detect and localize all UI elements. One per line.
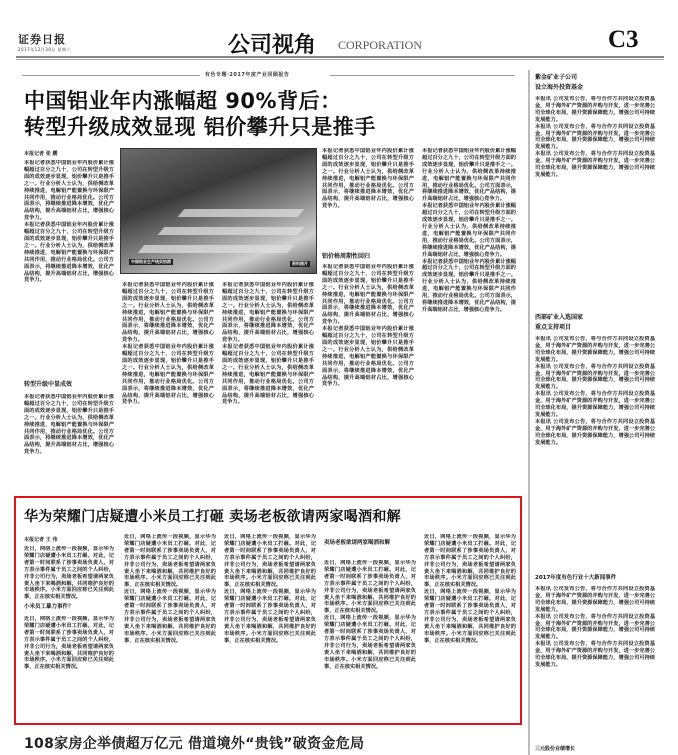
boxed-column-3: 近日，网络上流传一段视频，显示华为荣耀门店疑遭小米员工打砸。对此，记者第一时间联…: [224, 534, 316, 716]
sidebar-article-1-body: 本报讯 公司发布公告，将与合作方共同设立投资基金，用于海外矿产资源的并购与开发，…: [535, 96, 655, 292]
sidebar-article-4-headline: 三元股份业绩增长: [535, 744, 575, 754]
lead-kicker: 有色专题·2017年度产业回顾报告: [205, 71, 289, 78]
boxed-column-1b: 近日，网络上流传一段视频，显示华为荣耀门店疑遭小米员工打砸。对此，记者第一时间联…: [24, 616, 114, 716]
lead-column-4b: 本报记者获悉中国铝业年内股价累计涨幅超过百分之九十，公司在转型升级方面的成效逐步…: [322, 264, 414, 490]
lead-column-2: 本报记者获悉中国铝业年内股价累计涨幅超过百分之九十，公司在转型升级方面的成效逐步…: [122, 282, 214, 490]
boxed-subhead-1: 小米员工暴力事件？: [24, 604, 74, 611]
lead-subhead-2: 铝价格周期性回归: [322, 252, 370, 261]
body-text: 本报讯 公司发布公告，将与合作方共同设立投资基金，用于海外矿产资源的并购与开发，…: [535, 364, 655, 392]
issue-date: 2017年12月30日 星期六: [18, 47, 71, 53]
lead-byline: 本报记者 张 鹏: [24, 150, 57, 157]
body-text: 近日，网络上流传一段视频，显示华为荣耀门店疑遭小米员工打砸。对此，记者第一时间联…: [424, 534, 516, 589]
body-text: 本报记者获悉中国铝业年内股价累计涨幅超过百分之九十，公司在转型升级方面的成效逐步…: [322, 326, 414, 388]
lead-column-1: 本报记者获悉中国铝业年内股价累计涨幅超过百分之九十，公司在转型升级方面的成效逐步…: [24, 160, 114, 378]
body-text: 近日，网络上流传一段视频，显示华为荣耀门店疑遭小米员工打砸。对此，记者第一时间联…: [124, 534, 216, 589]
boxed-column-5: 近日，网络上流传一段视频，显示华为荣耀门店疑遭小米员工打砸。对此，记者第一时间联…: [424, 534, 516, 716]
photo-caption-right: 资料图片: [290, 261, 310, 267]
body-text: 本报记者获悉中国铝业年内股价累计涨幅超过百分之九十，公司在转型升级方面的成效逐步…: [122, 282, 214, 344]
body-text: 本报记者获悉中国铝业年内股价累计涨幅超过百分之九十，公司在转型升级方面的成效逐步…: [24, 394, 114, 456]
body-text: 近日，网络上流传一段视频，显示华为荣耀门店疑遭小米员工打砸。对此，记者第一时间联…: [224, 589, 316, 644]
boxed-subhead-2: 卖场老板欲请两家喝酒和解: [324, 540, 414, 547]
lead-column-3: 本报记者获悉中国铝业年内股价累计涨幅超过百分之九十，公司在转型升级方面的成效逐步…: [222, 282, 314, 490]
body-text: 本报讯 公司发布公告，将与合作方共同设立投资基金，用于海外矿产资源的并购与开发，…: [535, 641, 655, 669]
sidebar-divider: [528, 70, 530, 755]
body-text: 本报记者获悉中国铝业年内股价累计涨幅超过百分之九十，公司在转型升级方面的成效逐步…: [24, 160, 114, 222]
kicker-rule-left: [22, 75, 200, 76]
boxed-column-4: 近日，网络上流传一段视频，显示华为荣耀门店疑遭小米员工打砸。对此，记者第一时间联…: [324, 560, 416, 716]
body-text: 本报记者获悉中国铝业年内股价累计涨幅超过百分之九十，公司在转型升级方面的成效逐步…: [422, 203, 516, 258]
body-text: 本报讯 公司发布公告，将与合作方共同设立投资基金，用于海外矿产资源的并购与开发，…: [535, 419, 655, 447]
sidebar-article-1-headline: 紫金矿业子公司 设立海外投资基金: [535, 73, 583, 93]
body-text: 近日，网络上流传一段视频，显示华为荣耀门店疑遭小米员工打砸。对此，记者第一时间联…: [324, 615, 416, 670]
article-photo: 中国铝业生产线实拍图 资料图片: [120, 148, 317, 274]
boxed-headline: 华为荣耀门店疑遭小米员工打砸 卖场老板欲请两家喝酒和解: [24, 506, 401, 526]
lead-column-4a: 本报记者获悉中国铝业年内股价累计涨幅超过百分之九十，公司在转型升级方面的成效逐步…: [322, 148, 414, 248]
body-text: 近日，网络上流传一段视频，显示华为荣耀门店疑遭小米员工打砸。对此，记者第一时间联…: [324, 560, 416, 615]
kicker-rule-right: [330, 75, 515, 76]
body-text: 本报记者获悉中国铝业年内股价累计涨幅超过百分之九十，公司在转型升级方面的成效逐步…: [422, 259, 516, 314]
section-title: 公司视角: [228, 28, 316, 59]
lead-headline: 中国铝业年内涨幅超 90%背后： 转型升级成效显现 铝价攀升只是推手: [24, 88, 376, 140]
body-text: 本报讯 公司发布公告，将与合作方共同设立投资基金，用于海外矿产资源的并购与开发，…: [535, 336, 655, 364]
body-text: 本报记者获悉中国铝业年内股价累计涨幅超过百分之九十，公司在转型升级方面的成效逐步…: [122, 344, 214, 406]
body-text: 本报记者获悉中国铝业年内股价累计涨幅超过百分之九十，公司在转型升级方面的成效逐步…: [322, 148, 414, 210]
body-text: 本报讯 公司发布公告，将与合作方共同设立投资基金，用于海外矿产资源的并购与开发，…: [535, 391, 655, 419]
body-text: 本报讯 公司发布公告，将与合作方共同设立投资基金，用于海外矿产资源的并购与开发，…: [535, 151, 655, 179]
body-text: 近日，网络上流传一段视频，显示华为荣耀门店疑遭小米员工打砸。对此，记者第一时间联…: [224, 534, 316, 589]
body-text: 本报讯 公司发布公告，将与合作方共同设立投资基金，用于海外矿产资源的并购与开发，…: [535, 124, 655, 152]
body-text: 本报记者获悉中国铝业年内股价累计涨幅超过百分之九十，公司在转型升级方面的成效逐步…: [222, 282, 314, 344]
lead-subhead-1: 转型升级中显成效: [24, 380, 72, 389]
body-text: 本报讯 公司发布公告，将与合作方共同设立投资基金，用于海外矿产资源的并购与开发，…: [535, 614, 655, 642]
body-text: 本报记者获悉中国铝业年内股价累计涨幅超过百分之九十，公司在转型升级方面的成效逐步…: [24, 222, 114, 284]
lead-headline-line2: 转型升级成效显现 铝价攀升只是推手: [24, 114, 376, 140]
lead-headline-line1: 中国铝业年内涨幅超 90%背后：: [24, 88, 376, 114]
body-text: 本报讯 公司发布公告，将与合作方共同设立投资基金，用于海外矿产资源的并购与开发，…: [535, 96, 655, 124]
body-text: 近日，网络上流传一段视频，显示华为荣耀门店疑遭小米员工打砸。对此，记者第一时间联…: [24, 616, 114, 671]
body-text: 本报记者获悉中国铝业年内股价累计涨幅超过百分之九十，公司在转型升级方面的成效逐步…: [222, 344, 314, 406]
body-text: 近日，网络上流传一段视频，显示华为荣耀门店疑遭小米员工打砸。对此，记者第一时间联…: [124, 589, 216, 644]
body-text: 本报记者获悉中国铝业年内股价累计涨幅超过百分之九十，公司在转型升级方面的成效逐步…: [322, 264, 414, 326]
body-text: 本报记者获悉中国铝业年内股价累计涨幅超过百分之九十，公司在转型升级方面的成效逐步…: [422, 148, 516, 203]
page-number: C3: [608, 26, 639, 54]
boxed-column-1a: 近日，网络上流传一段视频，显示华为荣耀门店疑遭小米员工打砸。对此，记者第一时间联…: [24, 546, 114, 602]
boxed-byline: 本报记者 王 伟: [24, 536, 57, 543]
body-text: 近日，网络上流传一段视频，显示华为荣耀门店疑遭小米员工打砸。对此，记者第一时间联…: [424, 589, 516, 644]
bottom-headline: 108家房企举债超万亿元 借道境外“贵钱”破资金危局: [24, 733, 364, 753]
section-title-en: CORPORATION: [338, 38, 422, 53]
photo-caption-left: 中国铝业生产线实拍图: [129, 259, 173, 265]
body-text: 本报讯 公司发布公告，将与合作方共同设立投资基金，用于海外矿产资源的并购与开发，…: [535, 586, 655, 614]
sidebar-article-2-body: 本报讯 公司发布公告，将与合作方共同设立投资基金，用于海外矿产资源的并购与开发，…: [535, 336, 655, 568]
sidebar-article-3-headline: 2017年度有色行业十大新闻事件: [535, 573, 616, 583]
lead-column-5: 本报记者获悉中国铝业年内股价累计涨幅超过百分之九十，公司在转型升级方面的成效逐步…: [422, 148, 516, 490]
sidebar-article-3-body: 本报讯 公司发布公告，将与合作方共同设立投资基金，用于海外矿产资源的并购与开发，…: [535, 586, 655, 736]
boxed-column-2: 近日，网络上流传一段视频，显示华为荣耀门店疑遭小米员工打砸。对此，记者第一时间联…: [124, 534, 216, 716]
lead-column-1b: 本报记者获悉中国铝业年内股价累计涨幅超过百分之九十，公司在转型升级方面的成效逐步…: [24, 394, 114, 490]
sidebar-article-2-headline: 西部矿业入选国家 重点支持项目: [535, 313, 583, 333]
body-text: 近日，网络上流传一段视频，显示华为荣耀门店疑遭小米员工打砸。对此，记者第一时间联…: [24, 546, 114, 601]
newspaper-logo: 证券日报: [18, 31, 66, 47]
masthead-rule: [16, 56, 664, 60]
